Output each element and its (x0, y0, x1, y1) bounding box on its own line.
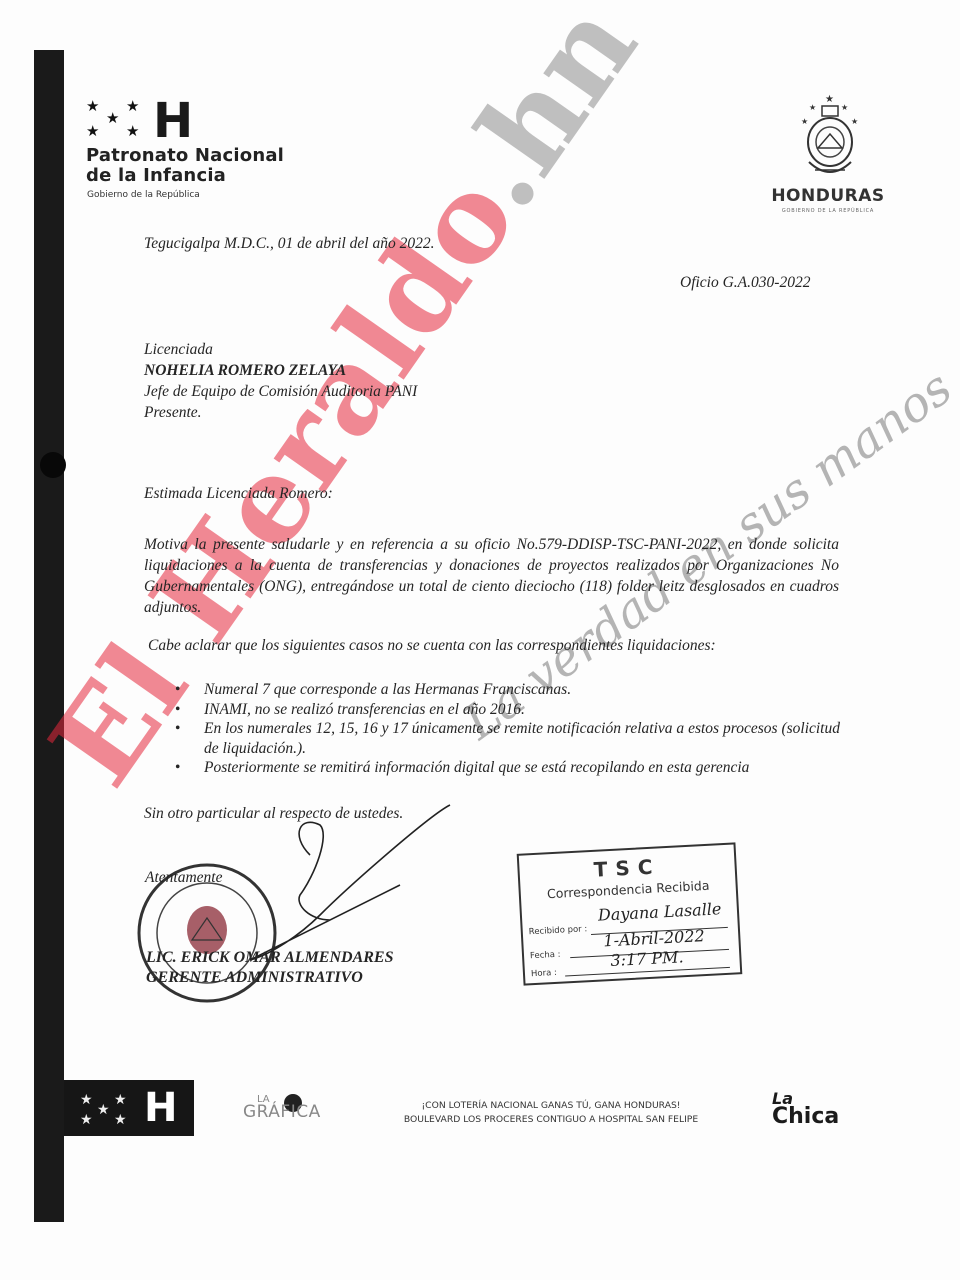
addressee-title: Licenciada (144, 339, 417, 360)
org-name-line2: de la Infancia (86, 166, 284, 186)
footer-slogan: ¡CON LOTERÍA NACIONAL GANAS TÚ, GANA HON… (346, 1099, 756, 1127)
signer-title: GERENTE ADMINISTRATIVO (146, 968, 393, 988)
grafica-logo: LA GRÁFICA (243, 1094, 321, 1118)
left-decorative-bar (34, 50, 64, 1222)
country-title: HONDURAS (762, 186, 894, 206)
grafica-line2: GRÁFICA (243, 1106, 321, 1118)
date-value: 1-Abril-2022 (603, 926, 705, 950)
lachica-line2: Chica (772, 1108, 839, 1126)
footer-logo-letter: H (144, 1086, 177, 1130)
watermark-brand-gray: .hn (427, 0, 663, 232)
list-item: Posteriormente se remitirá información d… (175, 758, 840, 778)
addressee-block: Licenciada NOHELIA ROMERO ZELAYA Jefe de… (144, 339, 417, 423)
addressee-position: Jefe de Equipo de Comisión Auditoria PAN… (144, 381, 417, 402)
org-name: Patronato Nacional de la Infancia (86, 146, 284, 186)
svg-text:★: ★ (809, 103, 816, 112)
cases-list: Numeral 7 que corresponde a las Hermanas… (175, 680, 840, 778)
svg-text:★: ★ (841, 103, 848, 112)
svg-text:★: ★ (851, 117, 858, 126)
punch-hole (40, 452, 66, 478)
org-name-line1: Patronato Nacional (86, 146, 284, 166)
addressee-name: NOHELIA ROMERO ZELAYA (144, 360, 417, 381)
signer-name: LIC. ERICK OMAR ALMENDARES (146, 948, 393, 968)
time-line-rule (565, 967, 730, 977)
addressee-closing: Presente. (144, 402, 417, 423)
date-label: Fecha : (530, 950, 561, 962)
country-subtitle: GOBIERNO DE LA REPÚBLICA (762, 208, 894, 214)
pani-logo-letter: H (153, 101, 189, 141)
list-item: Numeral 7 que corresponde a las Hermanas… (175, 680, 840, 700)
body-paragraph-1: Motiva la presente saludarle y en refere… (144, 534, 839, 618)
time-label: Hora : (531, 968, 557, 979)
footer-star-cluster-icon: ★★ ★ ★★ (78, 1090, 138, 1130)
date-line: Tegucigalpa M.D.C., 01 de abril del año … (144, 234, 434, 254)
footer-slogan-line1: ¡CON LOTERÍA NACIONAL GANAS TÚ, GANA HON… (346, 1099, 756, 1113)
list-item: INAMI, no se realizó transferencias en e… (175, 700, 840, 720)
list-item: En los numerales 12, 15, 16 y 17 únicame… (175, 719, 840, 758)
footer-address-line: BOULEVARD LOS PROCERES CONTIGUO A HOSPIT… (346, 1113, 756, 1127)
salutation: Estimada Licenciada Romero: (144, 484, 333, 504)
reference-number: Oficio G.A.030-2022 (680, 273, 810, 293)
lachica-logo: La Chica (772, 1090, 839, 1126)
star-cluster-icon: ★★ ★ ★★ (84, 100, 144, 142)
svg-text:★: ★ (801, 117, 808, 126)
tsc-received-stamp: TSC Correspondencia Recibida Recibido po… (517, 842, 743, 985)
org-subtitle: Gobierno de la República (87, 190, 200, 200)
honduras-coat-of-arms-icon: ★ ★ ★ ★ ★ (795, 92, 865, 182)
received-by-label: Recibido por : (529, 924, 588, 937)
sign-off: Atentamente (145, 868, 222, 888)
signer-block: LIC. ERICK OMAR ALMENDARES GERENTE ADMIN… (146, 948, 393, 988)
svg-text:★: ★ (825, 94, 834, 105)
body-paragraph-2: Cabe aclarar que los siguientes casos no… (148, 636, 848, 656)
received-by-value: Dayana Lasalle (598, 899, 722, 924)
time-value: 3:17 PM. (610, 947, 684, 970)
